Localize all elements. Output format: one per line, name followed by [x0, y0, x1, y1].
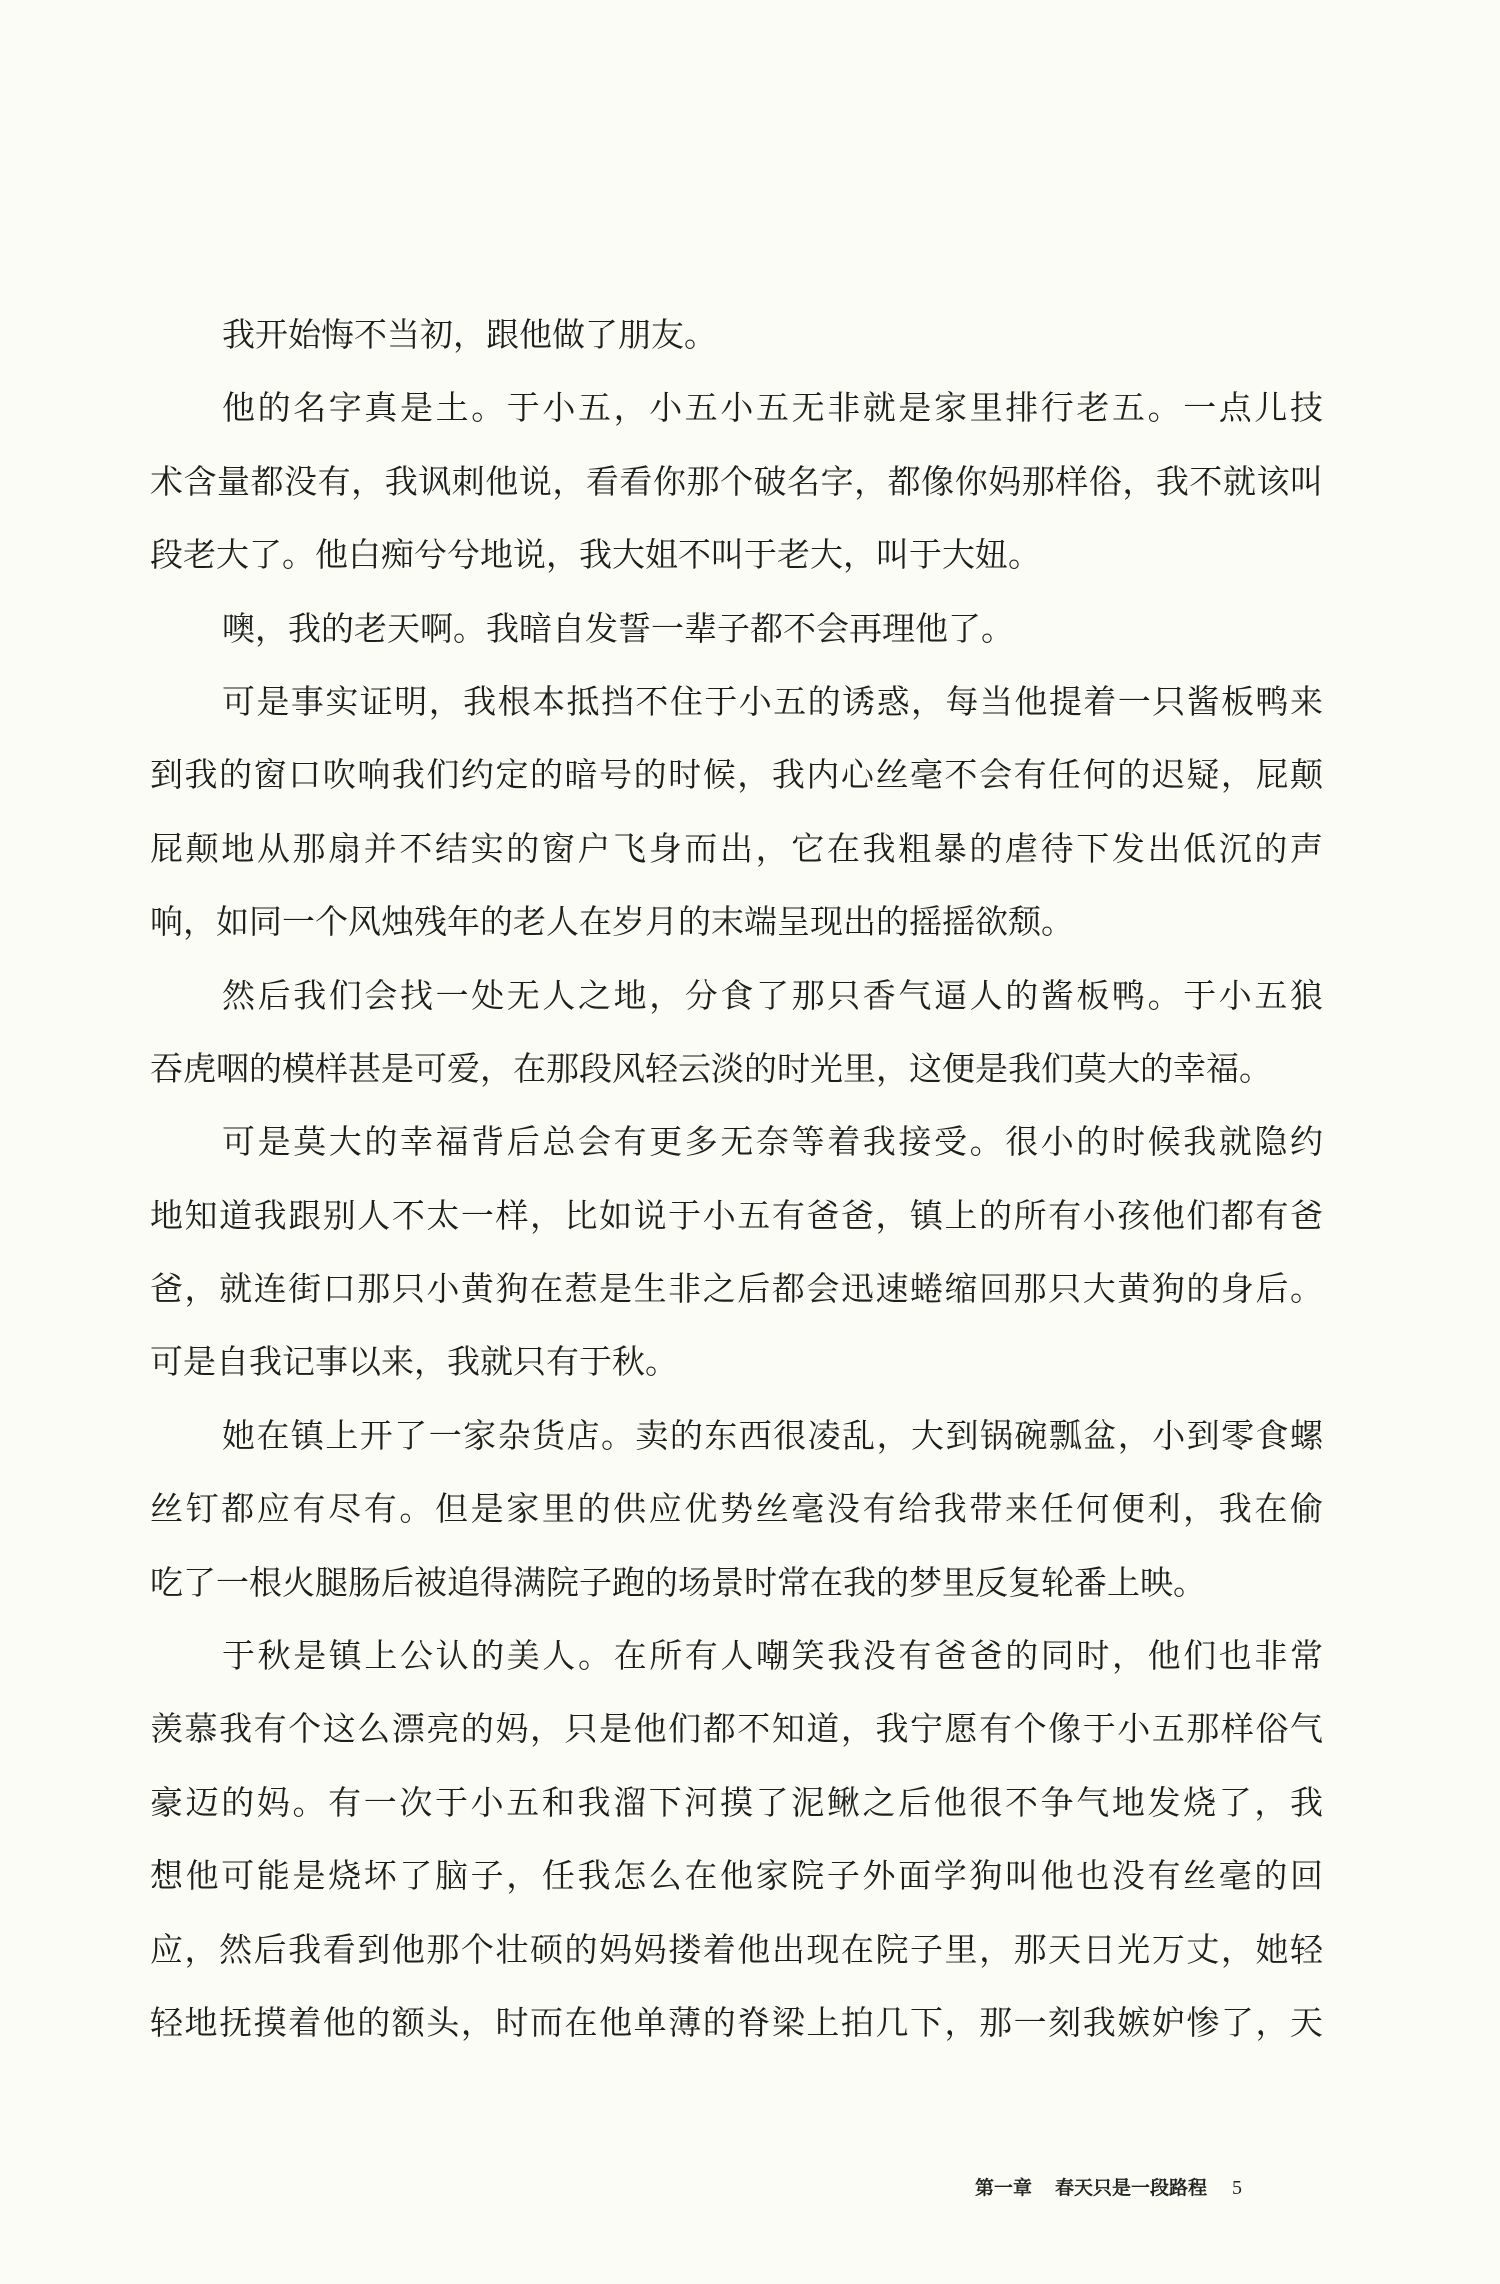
- text-line: 段老大了。他白痴兮兮地说，我大姐不叫于老大，叫于大妞。: [150, 518, 1323, 591]
- paragraph: 他的名字真是土。于小五，小五小五无非就是家里排行老五。一点儿技 术含量都没有，我…: [150, 371, 1323, 591]
- running-footer: 第一章春天只是一段路程5: [975, 2176, 1242, 2200]
- text-line: 我开始悔不当初，跟他做了朋友。: [150, 298, 1323, 371]
- text-line: 她在镇上开了一家杂货店。卖的东西很凌乱，大到锅碗瓢盆，小到零食螺: [150, 1399, 1323, 1472]
- text-line: 可是莫大的幸福背后总会有更多无奈等着我接受。很小的时候我就隐约: [150, 1105, 1323, 1178]
- body-text: 我开始悔不当初，跟他做了朋友。 他的名字真是土。于小五，小五小五无非就是家里排行…: [150, 298, 1323, 2059]
- paragraph: 可是事实证明，我根本抵挡不住于小五的诱惑，每当他提着一只酱板鸭来 到我的窗口吹响…: [150, 665, 1323, 959]
- paragraph: 然后我们会找一处无人之地，分食了那只香气逼人的酱板鸭。于小五狼 吞虎咽的模样甚是…: [150, 959, 1323, 1106]
- text-line: 术含量都没有，我讽刺他说，看看你那个破名字，都像你妈那样俗，我不就该叫: [150, 445, 1323, 518]
- text-line: 他的名字真是土。于小五，小五小五无非就是家里排行老五。一点儿技: [150, 371, 1323, 444]
- paragraph: 于秋是镇上公认的美人。在所有人嘲笑我没有爸爸的同时，他们也非常 羡慕我有个这么漂…: [150, 1619, 1323, 2059]
- text-line: 应，然后我看到他那个壮硕的妈妈搂着他出现在院子里，那天日光万丈，她轻: [150, 1913, 1323, 1986]
- text-line: 于秋是镇上公认的美人。在所有人嘲笑我没有爸爸的同时，他们也非常: [150, 1619, 1323, 1692]
- text-line: 然后我们会找一处无人之地，分食了那只香气逼人的酱板鸭。于小五狼: [150, 959, 1323, 1032]
- text-line: 想他可能是烧坏了脑子，任我怎么在他家院子外面学狗叫他也没有丝毫的回: [150, 1839, 1323, 1912]
- paragraph: 可是莫大的幸福背后总会有更多无奈等着我接受。很小的时候我就隐约 地知道我跟别人不…: [150, 1105, 1323, 1399]
- text-line: 可是自我记事以来，我就只有于秋。: [150, 1325, 1323, 1398]
- book-page: 我开始悔不当初，跟他做了朋友。 他的名字真是土。于小五，小五小五无非就是家里排行…: [0, 0, 1500, 2284]
- chapter-title: 春天只是一段路程: [1055, 2177, 1207, 2199]
- text-line: 爸，就连街口那只小黄狗在惹是生非之后都会迅速蜷缩回那只大黄狗的身后。: [150, 1252, 1323, 1325]
- text-line: 到我的窗口吹响我们约定的暗号的时候，我内心丝毫不会有任何的迟疑，屁颠: [150, 738, 1323, 811]
- paragraph: 她在镇上开了一家杂货店。卖的东西很凌乱，大到锅碗瓢盆，小到零食螺 丝钉都应有尽有…: [150, 1399, 1323, 1619]
- paragraph: 噢，我的老天啊。我暗自发誓一辈子都不会再理他了。: [150, 592, 1323, 665]
- text-line: 屁颠地从那扇并不结实的窗户飞身而出，它在我粗暴的虐待下发出低沉的声: [150, 812, 1323, 885]
- text-line: 羡慕我有个这么漂亮的妈，只是他们都不知道，我宁愿有个像于小五那样俗气: [150, 1692, 1323, 1765]
- text-line: 轻地抚摸着他的额头，时而在他单薄的脊梁上拍几下，那一刻我嫉妒惨了，天: [150, 1986, 1323, 2059]
- text-line: 地知道我跟别人不太一样，比如说于小五有爸爸，镇上的所有小孩他们都有爸: [150, 1179, 1323, 1252]
- chapter-label: 第一章: [975, 2177, 1032, 2199]
- text-line: 丝钉都应有尽有。但是家里的供应优势丝毫没有给我带来任何便利，我在偷: [150, 1472, 1323, 1545]
- text-line: 吞虎咽的模样甚是可爱，在那段风轻云淡的时光里，这便是我们莫大的幸福。: [150, 1032, 1323, 1105]
- text-line: 吃了一根火腿肠后被追得满院子跑的场景时常在我的梦里反复轮番上映。: [150, 1546, 1323, 1619]
- text-line: 响，如同一个风烛残年的老人在岁月的末端呈现出的摇摇欲颓。: [150, 885, 1323, 958]
- text-line: 可是事实证明，我根本抵挡不住于小五的诱惑，每当他提着一只酱板鸭来: [150, 665, 1323, 738]
- paragraph: 我开始悔不当初，跟他做了朋友。: [150, 298, 1323, 371]
- page-number: 5: [1232, 2177, 1242, 2199]
- text-line: 豪迈的妈。有一次于小五和我溜下河摸了泥鳅之后他很不争气地发烧了，我: [150, 1766, 1323, 1839]
- text-line: 噢，我的老天啊。我暗自发誓一辈子都不会再理他了。: [150, 592, 1323, 665]
